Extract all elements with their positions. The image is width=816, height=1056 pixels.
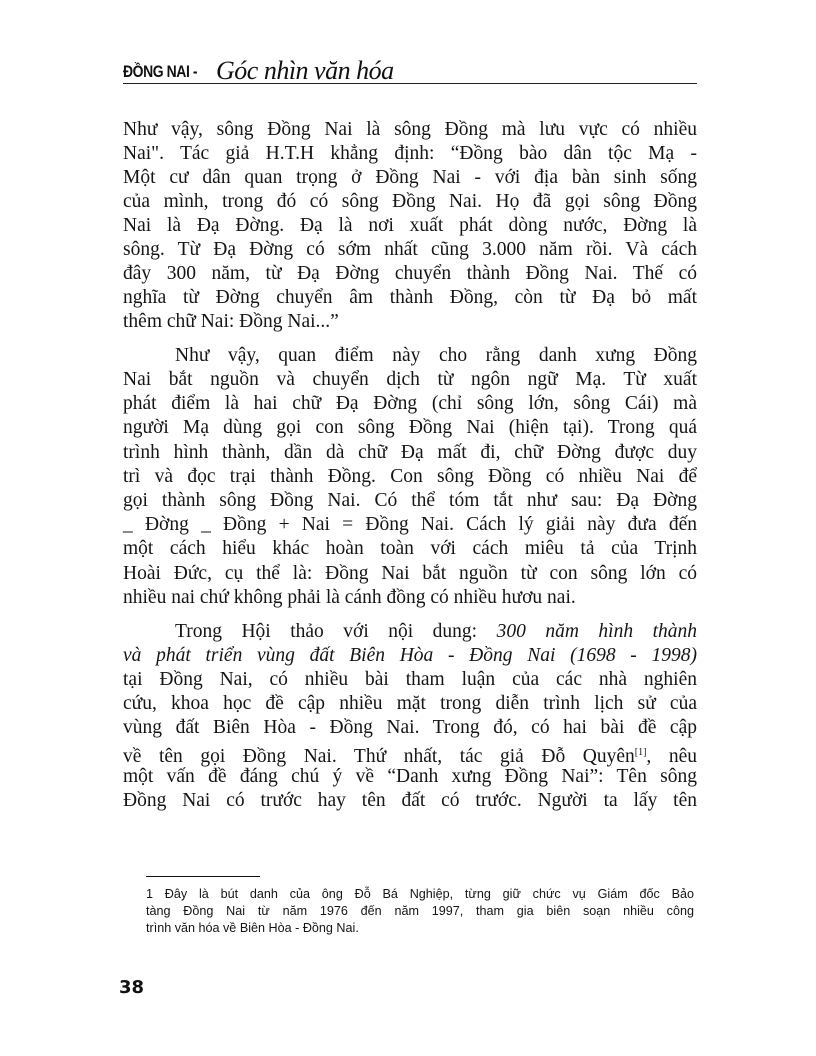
text-line: Hoài Đức, cụ thể là: Đồng Nai bắt nguồn … [123,562,697,586]
footnote-rule [146,876,260,877]
conference-title: 300 năm hình thành [497,621,697,642]
text-line: Trong Hội thảo với nội dung: 300 năm hìn… [175,620,697,644]
text-line: Nai bắt nguồn và chuyển dịch từ ngôn ngữ… [123,368,697,392]
footnote-line: tàng Đồng Nai từ năm 1976 đến năm 1997, … [146,903,694,920]
footnote-line: trình văn hóa về Biên Hòa - Đồng Nai. [146,920,694,937]
text-line: đây 300 năm, từ Đạ Đờng chuyển thành Đồn… [123,262,697,286]
text-line: Nai". Tác giả H.T.H khẳng định: “Đồng bà… [123,142,697,166]
text-line: người Mạ dùng gọi con sông Đồng Nai (hiệ… [123,416,697,440]
text-line: về tên gọi Đồng Nai. Thứ nhất, tác giả Đ… [123,741,697,765]
footnote-reference[interactable]: [1] [635,747,647,758]
text-line: của mình, trong đó có sông Đồng Nai. Họ … [123,190,697,214]
text-line: Nai là Đạ Đờng. Đạ là nơi xuất phát dòng… [123,214,697,238]
text-line: Như vậy, sông Đồng Nai là sông Đồng mà l… [123,118,697,142]
text-line: sông. Từ Đạ Đờng có sớm nhất cũng 3.000 … [123,238,697,262]
text-line: trình hình thành, dần dà chữ Đạ mất đi, … [123,441,697,465]
text-line: cứu, khoa học đề cập nhiều mặt trong diễ… [123,692,697,716]
conference-title-cont: và phát triển vùng đất Biên Hòa - Đồng N… [123,644,697,668]
text-line: trì và đọc trại thành Đồng. Con sông Đồn… [123,465,697,489]
text-line: một cách hiểu khác hoàn toàn với cách mi… [123,537,697,561]
text-run: Trong Hội thảo với nội dung: [175,621,497,642]
header-subtitle: Góc nhìn văn hóa [216,56,394,86]
header-rule [123,83,697,84]
page-number: 38 [119,977,144,998]
text-line: vùng đất Biên Hòa - Đồng Nai. Trong đó, … [123,716,697,740]
text-run: về tên gọi Đồng Nai. Thứ nhất, tác giả Đ… [123,746,635,767]
text-line: Như vậy, quan điểm này cho rằng danh xưn… [175,344,697,368]
text-line: tại Đồng Nai, có nhiều bài tham luận của… [123,668,697,692]
text-line: Đồng Nai có trước hay tên đất có trước. … [123,789,697,813]
text-line: nhiều nai chứ không phải là cánh đồng có… [123,586,697,610]
text-line: gọi thành sông Đồng Nai. Có thể tóm tắt … [123,489,697,513]
text-line: một vấn đề đáng chú ý về “Danh xưng Đồng… [123,765,697,789]
text-run: , nêu [646,746,697,767]
header-book-title: ĐỒNG NAI - [123,62,197,82]
text-line: _ Đờng _ Đồng + Nai = Đồng Nai. Cách lý … [123,513,697,537]
text-line: nghĩa từ Đờng chuyển âm thành Đồng, còn … [123,286,697,310]
text-line: phát điểm là hai chữ Đạ Đờng (chỉ sông l… [123,392,697,416]
text-line: Một cư dân quan trọng ở Đồng Nai - với đ… [123,166,697,190]
text-line: thêm chữ Nai: Đồng Nai...” [123,310,697,334]
footnote-line: 1 Đây là bút danh của ông Đỗ Bá Nghiệp, … [146,886,694,903]
